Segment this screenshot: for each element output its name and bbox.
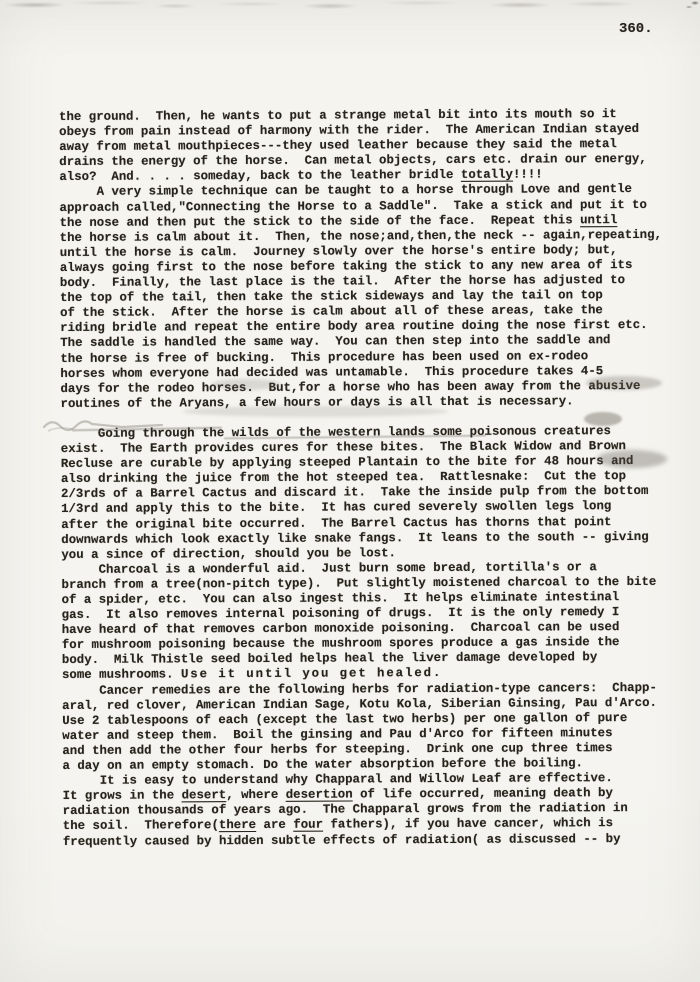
para-charcoal: Charcoal is a wonderful aid. Just burn s… xyxy=(61,560,690,684)
page-number: 360. xyxy=(619,21,653,37)
text-segment: the horse is free of bucking. This proce… xyxy=(60,349,588,366)
text-segment: fathers), if you have cancer, which is xyxy=(323,817,613,833)
text-segment: a day on an empty stomach. Do the water … xyxy=(62,756,583,773)
text-segment: some mushrooms. xyxy=(62,668,181,683)
underlined-word: desert xyxy=(182,788,227,802)
text-segment: body. Milk Thistle seed boiled helps hea… xyxy=(62,651,597,668)
underlined-word: desertion xyxy=(286,788,353,802)
para-cancer-remedies: Cancer remedies are the following herbs … xyxy=(62,680,690,774)
text-segment: The saddle is handled the same way. You … xyxy=(60,334,610,351)
scanned-page: 360. the ground. Then, he wants to put a… xyxy=(0,0,700,982)
text-segment: !!!! xyxy=(513,168,543,182)
text-segment: , where xyxy=(226,788,286,802)
text-segment: are xyxy=(256,818,293,832)
text-segment: days for the rodeo horses. But,for a hor… xyxy=(60,379,640,396)
text-segment: Use it until you get healed. xyxy=(181,666,442,681)
underlined-word: there xyxy=(219,818,256,832)
text-segment: Use 2 tablespoons of each (except the la… xyxy=(62,711,627,728)
text-segment: horses whom everyone had decided was unt… xyxy=(60,364,603,381)
text-line: routines of the Aryans, a few hours or d… xyxy=(61,393,689,411)
text-segment: drains the energy of the horse. Can meta… xyxy=(59,152,646,169)
text-segment: and then add the other four herbs for st… xyxy=(62,741,612,758)
text-segment: after the original bite occurred. The Ba… xyxy=(61,515,611,532)
text-segment: Charcoal is a wonderful aid. Just burn s… xyxy=(61,560,596,577)
text-segment: downwards which look exactly like snake … xyxy=(61,530,648,547)
typewritten-text: the ground. Then, he wants to put a stra… xyxy=(59,107,691,850)
text-segment: A very simple technique can be taught to… xyxy=(59,182,632,199)
text-segment: the soil. Therefore( xyxy=(63,819,219,834)
para-chapparal: It is easy to understand why Chapparal a… xyxy=(62,771,690,850)
text-segment: until the horse is calm. Journey slowly … xyxy=(60,243,618,260)
underlined-word: until xyxy=(580,213,617,227)
text-segment: Cancer remedies are the following herbs … xyxy=(62,680,657,697)
text-segment: of life occurred, meaning death by xyxy=(353,786,613,801)
text-segment: Going through the wilds of the western l… xyxy=(61,424,611,441)
text-segment: It grows in the xyxy=(63,789,182,804)
text-segment: always going first to the nose before ta… xyxy=(60,258,633,275)
corner-mark xyxy=(685,0,699,11)
scan-noise-band xyxy=(0,0,700,13)
text-segment: the nose and then put the stick to the s… xyxy=(60,213,581,230)
para-poisonous-creatures: Going through the wilds of the western l… xyxy=(61,424,690,563)
text-segment: routines of the Aryans, a few hours or d… xyxy=(61,394,574,411)
text-segment: also? And. . . . someday, back to the le… xyxy=(59,168,461,184)
text-line: frequently caused by hidden subtle effec… xyxy=(63,831,691,849)
para-metal-bit: the ground. Then, he wants to put a stra… xyxy=(59,107,687,186)
para-connecting-technique: A very simple technique can be taught to… xyxy=(59,182,688,412)
text-segment: 1/3rd and apply this to the bite. It has… xyxy=(61,500,611,517)
text-segment: frequently caused by hidden subtle effec… xyxy=(63,832,621,849)
text-segment: water and steep them. Boil the ginsing a… xyxy=(62,726,612,743)
text-segment: of a spider, etc. You can also ingest th… xyxy=(62,590,620,607)
underlined-word: four xyxy=(293,818,323,832)
text-segment: approach called,"Connecting the Horse to… xyxy=(59,197,646,214)
underlined-word: totally xyxy=(461,168,513,182)
text-segment: you a since of direction, should you be … xyxy=(61,546,396,562)
text-segment: aral, red clover, American Indian Sage, … xyxy=(62,696,657,713)
text-segment: branch from a tree(non-pitch type). Put … xyxy=(61,575,656,592)
text-segment: the ground. Then, he wants to put a stra… xyxy=(59,107,617,124)
